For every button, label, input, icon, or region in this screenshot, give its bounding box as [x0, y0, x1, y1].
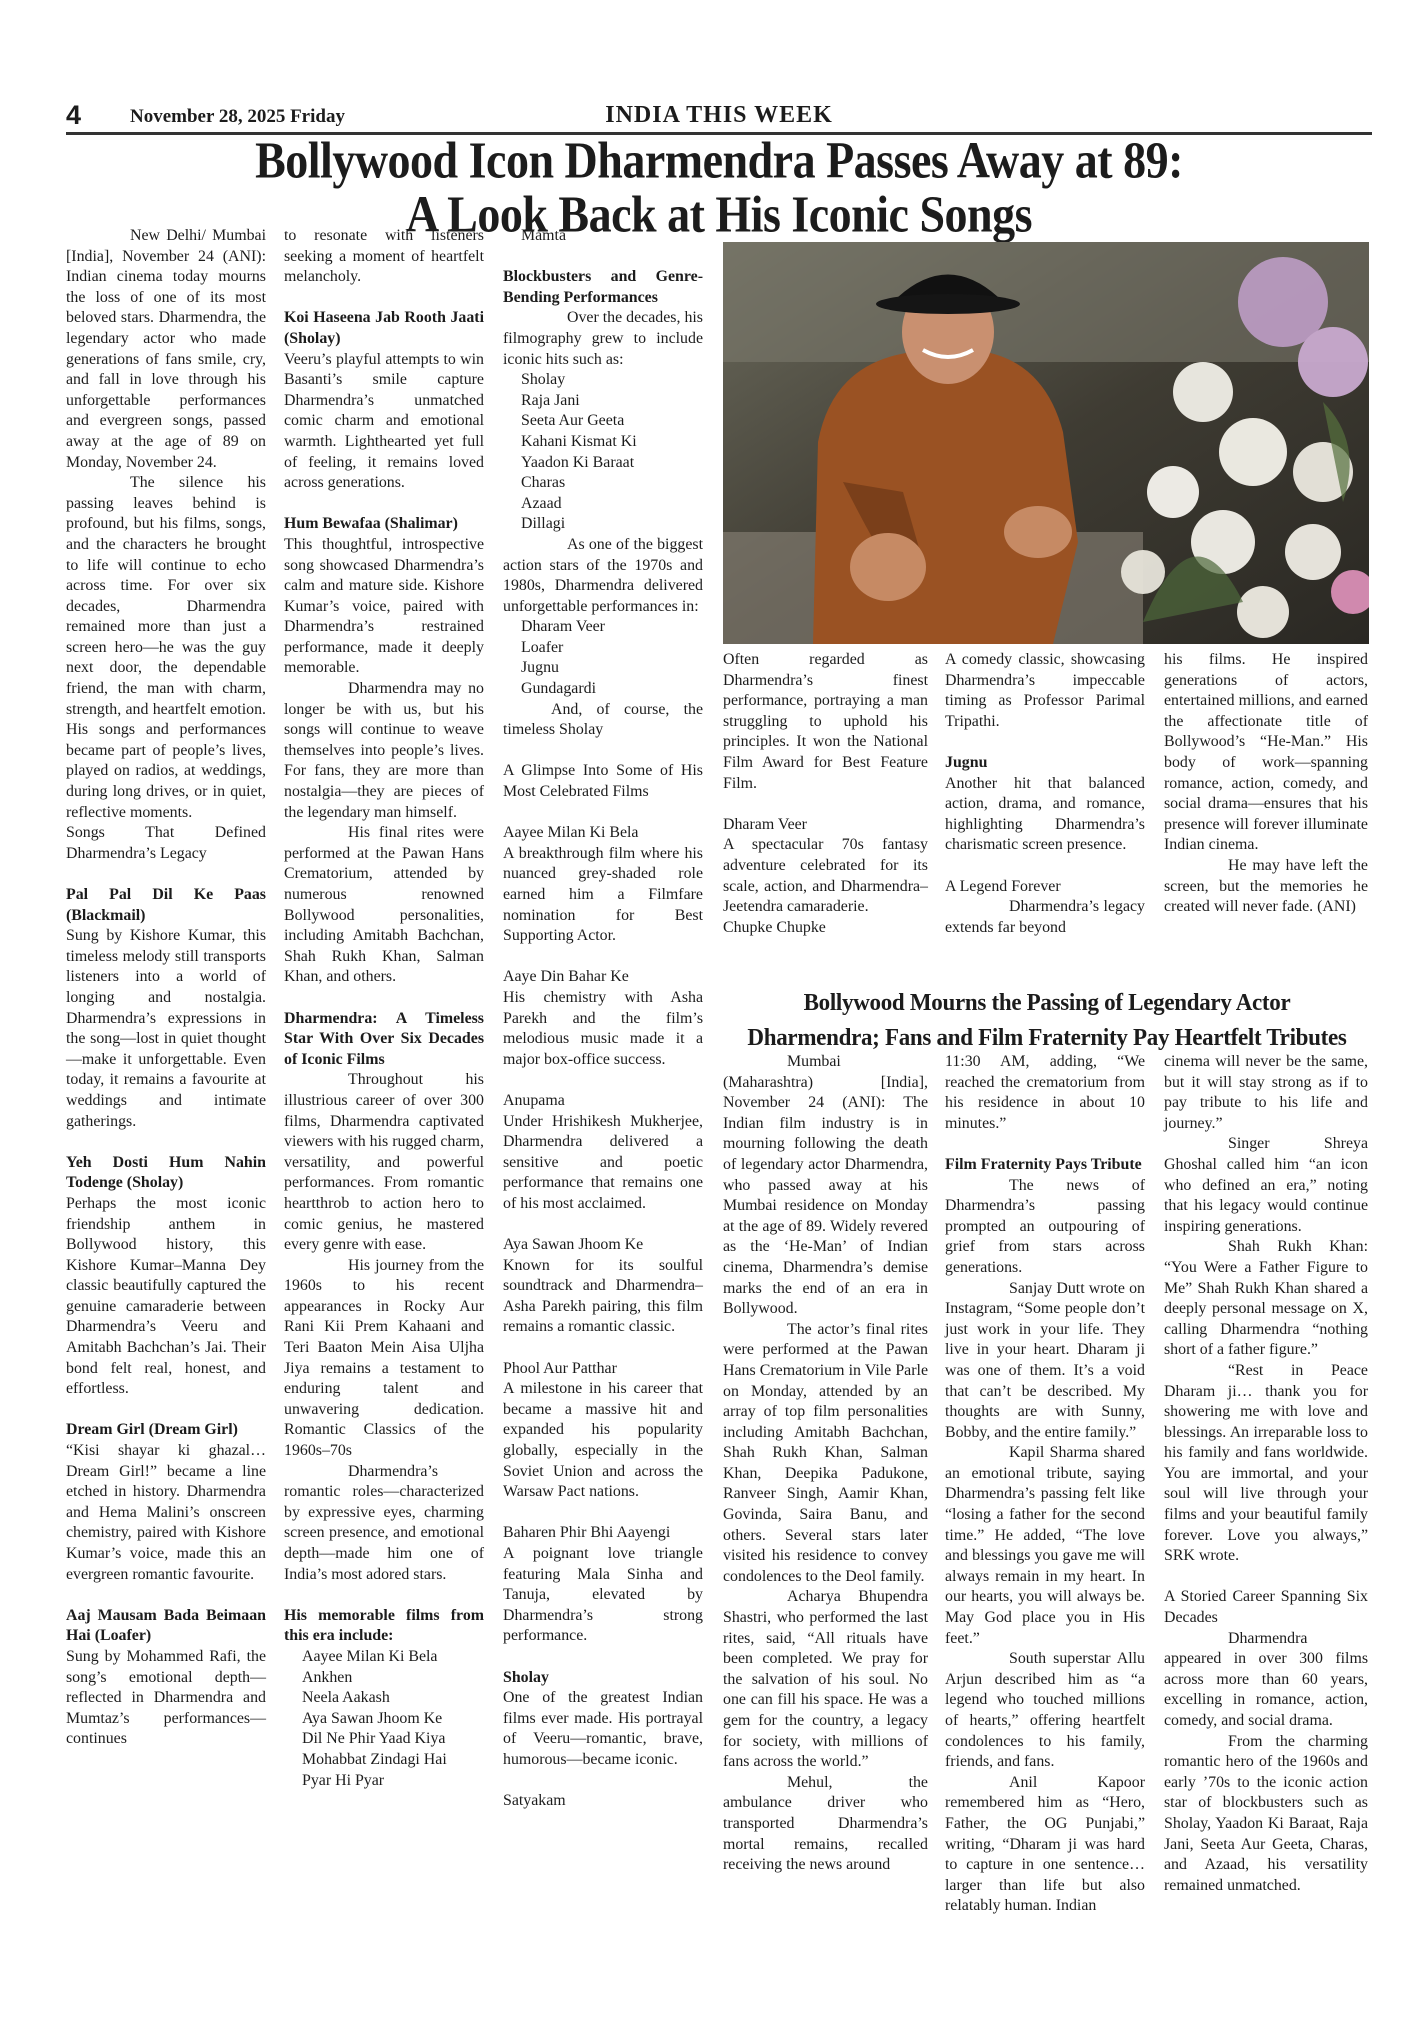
article1-column-4: Often regarded as Dharmendra’s finest pe… — [723, 650, 928, 938]
article1-column-5: A comedy classic, showcasing Dharmendra’… — [945, 650, 1145, 938]
film-description: Often regarded as Dharmendra’s finest pe… — [723, 650, 928, 794]
film-description: Under Hrishikesh Mukherjee, Dharmendra d… — [503, 1112, 703, 1215]
photo-illustration — [723, 242, 1369, 644]
paragraph: Dharmendra’s legacy extends far beyond — [945, 897, 1145, 938]
paragraph: Acharya Bhupendra Shastri, who performed… — [723, 1587, 928, 1772]
list-item: Jugnu — [503, 658, 703, 679]
paragraph: Dharmendra’s romantic roles—characterize… — [284, 1462, 484, 1586]
film-title: Chupke Chupke — [723, 918, 928, 939]
article2-column-3: cinema will never be the same, but it wi… — [1164, 1052, 1368, 1896]
paragraph: Over the decades, his filmography grew t… — [503, 308, 703, 370]
film-title: Baharen Phir Bhi Aayengi — [503, 1523, 703, 1544]
film-description: A spectacular 70s fantasy adventure cele… — [723, 835, 928, 917]
article2-headline-line-1: Bollywood Mourns the Passing of Legendar… — [722, 985, 1372, 1020]
song-description: Sung by Kishore Kumar, this timeless mel… — [66, 926, 266, 1132]
list-item: Pyar Hi Pyar — [284, 1771, 484, 1792]
song-description: Perhaps the most iconic friendship anthe… — [66, 1194, 266, 1400]
article1-column-2: to resonate with listeners seeking a mom… — [284, 226, 484, 1791]
paragraph: Mumbai (Maharashtra) [India], November 2… — [723, 1052, 928, 1320]
paragraph: Dharmendra appeared in over 300 films ac… — [1164, 1629, 1368, 1732]
paragraph: 11:30 AM, adding, “We reached the cremat… — [945, 1052, 1145, 1134]
list-item: Charas — [503, 473, 703, 494]
paragraph: The news of Dharmendra’s passing prompte… — [945, 1176, 1145, 1279]
list-item: Neela Aakash — [284, 1688, 484, 1709]
paragraph: The actor’s final rites were performed a… — [723, 1320, 928, 1588]
list-item: Raja Jani — [503, 391, 703, 412]
headline-line-1: Bollywood Icon Dharmendra Passes Away at… — [66, 134, 1372, 188]
article1-column-3: Mamta Blockbusters and Genre-Bending Per… — [503, 226, 703, 1812]
dharmendra-photo — [723, 242, 1369, 644]
paragraph: His journey from the 1960s to his recent… — [284, 1256, 484, 1462]
section-heading: Dharmendra: A Timeless Star With Over Si… — [284, 1009, 484, 1071]
paragraph: “Rest in Peace Dharam ji… thank you for … — [1164, 1361, 1368, 1567]
article2-headline: Bollywood Mourns the Passing of Legendar… — [722, 985, 1372, 1054]
list-item: Azaad — [503, 494, 703, 515]
film-title: Phool Aur Patthar — [503, 1359, 703, 1380]
film-title: Satyakam — [503, 1791, 703, 1812]
article2-column-2: 11:30 AM, adding, “We reached the cremat… — [945, 1052, 1145, 1917]
list-item: Sholay — [503, 370, 703, 391]
paragraph: Throughout his illustrious career of ove… — [284, 1070, 484, 1255]
section-heading: Songs That Defined Dharmendra’s Legacy — [66, 823, 266, 864]
list-item: Dharam Veer — [503, 617, 703, 638]
article1-column-6: his films. He inspired generations of ac… — [1164, 650, 1368, 918]
song-description: “Kisi shayar ki ghazal… Dream Girl!” bec… — [66, 1441, 266, 1585]
paragraph: His final rites were performed at the Pa… — [284, 823, 484, 988]
film-title: Jugnu — [945, 753, 1145, 774]
film-description: A milestone in his career that became a … — [503, 1379, 703, 1503]
paragraph: Shah Rukh Khan: “You Were a Father Figur… — [1164, 1237, 1368, 1361]
paragraph: From the charming romantic hero of the 1… — [1164, 1732, 1368, 1897]
song-title: Dream Girl (Dream Girl) — [66, 1420, 266, 1441]
song-description: Veeru’s playful attempts to win Basanti’… — [284, 350, 484, 494]
list-item: Aya Sawan Jhoom Ke — [284, 1709, 484, 1730]
paragraph: cinema will never be the same, but it wi… — [1164, 1052, 1368, 1134]
list-item: Dil Ne Phir Yaad Kiya — [284, 1729, 484, 1750]
paragraph: Sanjay Dutt wrote on Instagram, “Some pe… — [945, 1279, 1145, 1444]
song-title: Hum Bewafaa (Shalimar) — [284, 514, 484, 535]
paper-name: INDIA THIS WEEK — [66, 100, 1372, 130]
film-title: Dharam Veer — [723, 815, 928, 836]
paragraph: As one of the biggest action stars of th… — [503, 535, 703, 617]
section-heading: A Storied Career Spanning Six Decades — [1164, 1587, 1368, 1628]
section-heading: Film Fraternity Pays Tribute — [945, 1155, 1145, 1176]
film-description: Another hit that balanced action, drama,… — [945, 774, 1145, 856]
list-item: Mohabbat Zindagi Hai — [284, 1750, 484, 1771]
paragraph: And, of course, the timeless Sholay — [503, 700, 703, 741]
paragraph: his films. He inspired generations of ac… — [1164, 650, 1368, 856]
paragraph: The silence his passing leaves behind is… — [66, 473, 266, 823]
song-title: Aaj Mausam Bada Beimaan Hai (Loafer) — [66, 1606, 266, 1647]
paragraph: Kapil Sharma shared an emotional tribute… — [945, 1443, 1145, 1649]
article2-column-1: Mumbai (Maharashtra) [India], November 2… — [723, 1052, 928, 1876]
paragraph: South superstar Allu Arjun described him… — [945, 1649, 1145, 1773]
song-description: Sung by Mohammed Rafi, the song’s emotio… — [66, 1647, 266, 1750]
list-item: Gundagardi — [503, 679, 703, 700]
paragraph: Dharmendra may no longer be with us, but… — [284, 679, 484, 823]
film-title: Aya Sawan Jhoom Ke — [503, 1235, 703, 1256]
film-description: A breakthrough film where his nuanced gr… — [503, 844, 703, 947]
list-item: Kahani Kismat Ki — [503, 432, 703, 453]
film-description: A comedy classic, showcasing Dharmendra’… — [945, 650, 1145, 732]
film-description: A poignant love triangle featuring Mala … — [503, 1544, 703, 1647]
list-item: Mamta — [503, 226, 703, 247]
section-heading: A Glimpse Into Some of His Most Celebrat… — [503, 761, 703, 802]
article1-column-1: New Delhi/ Mumbai [India], November 24 (… — [66, 226, 266, 1750]
paragraph: Singer Shreya Ghoshal called him “an ico… — [1164, 1134, 1368, 1237]
film-description: One of the greatest Indian films ever ma… — [503, 1688, 703, 1770]
list-item: Seeta Aur Geeta — [503, 411, 703, 432]
paragraph: Anil Kapoor remembered him as “Hero, Fat… — [945, 1773, 1145, 1917]
section-heading: A Legend Forever — [945, 877, 1145, 898]
list-item: Yaadon Ki Baraat — [503, 453, 703, 474]
section-heading: Blockbusters and Genre-Bending Performan… — [503, 267, 703, 308]
list-item: Dillagi — [503, 514, 703, 535]
film-description: Known for its soulful soundtrack and Dha… — [503, 1256, 703, 1338]
paragraph: to resonate with listeners seeking a mom… — [284, 226, 484, 288]
paragraph: Mehul, the ambulance driver who transpor… — [723, 1773, 928, 1876]
film-description: His chemistry with Asha Parekh and the f… — [503, 988, 703, 1070]
song-title: Pal Pal Dil Ke Paas (Blackmail) — [66, 885, 266, 926]
list-item: Aayee Milan Ki Bela — [284, 1647, 484, 1668]
list-item: Loafer — [503, 638, 703, 659]
paragraph: He may have left the screen, but the mem… — [1164, 856, 1368, 918]
paragraph: New Delhi/ Mumbai [India], November 24 (… — [66, 226, 266, 473]
film-title: Aayee Milan Ki Bela — [503, 823, 703, 844]
masthead: 4 November 28, 2025 Friday INDIA THIS WE… — [66, 100, 1372, 134]
song-title: Koi Haseena Jab Rooth Jaati (Sholay) — [284, 308, 484, 349]
song-description: This thoughtful, introspective song show… — [284, 535, 484, 679]
film-title: Sholay — [503, 1668, 703, 1689]
song-title: Yeh Dosti Hum Nahin Todenge (Sholay) — [66, 1153, 266, 1194]
list-item: Ankhen — [284, 1668, 484, 1689]
film-title: Anupama — [503, 1091, 703, 1112]
article2-headline-line-2: Dharmendra; Fans and Film Fraternity Pay… — [722, 1020, 1372, 1055]
film-title: Aaye Din Bahar Ke — [503, 967, 703, 988]
list-heading: His memorable films from this era includ… — [284, 1606, 484, 1647]
